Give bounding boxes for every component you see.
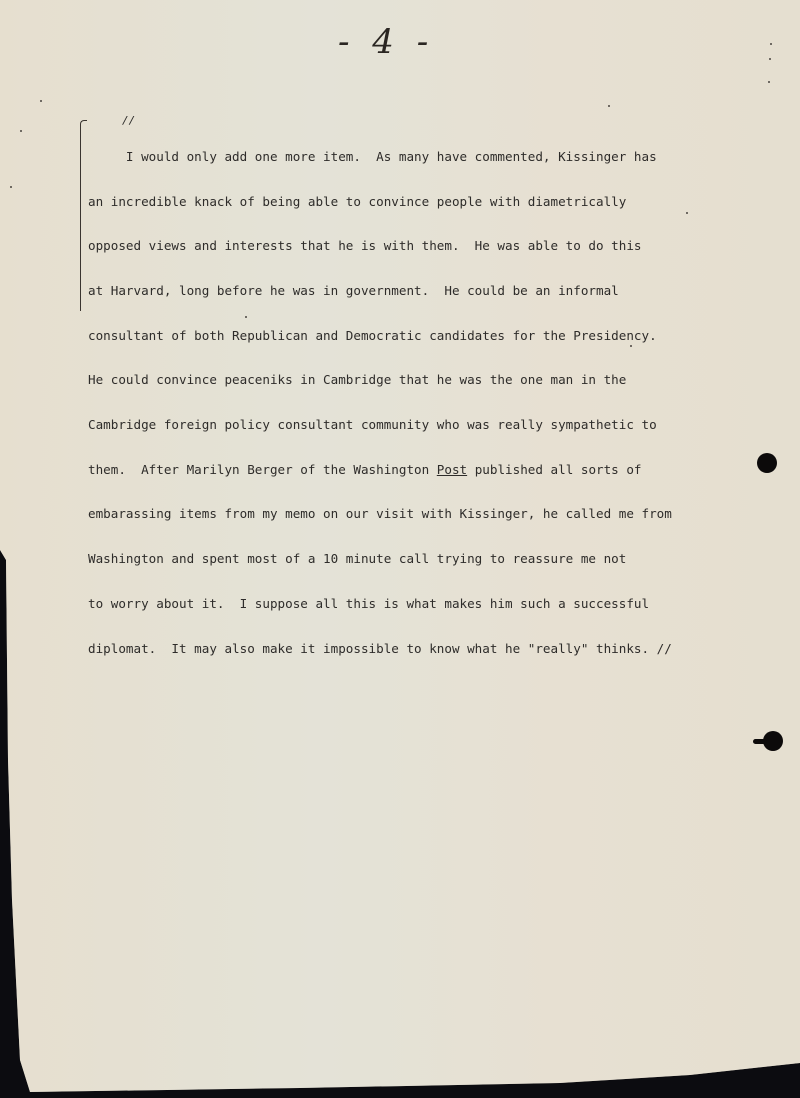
text-line: consultant of both Republican and Democr… <box>88 329 708 344</box>
document-page: - 4 - // I would only add one more item.… <box>0 0 800 1098</box>
text-line-with-underline: them. After Marilyn Berger of the Washin… <box>88 463 708 478</box>
page-number: - 4 - <box>338 22 434 62</box>
speck-mark <box>630 345 632 347</box>
text-line: to worry about it. I suppose all this is… <box>88 597 708 612</box>
text-line: an incredible knack of being able to con… <box>88 195 708 210</box>
memo-paragraph: I would only add one more item. As many … <box>88 114 708 686</box>
margin-bracket <box>80 120 87 311</box>
text-line: at Harvard, long before he was in govern… <box>88 284 708 299</box>
speck-mark <box>245 316 247 318</box>
underlined-publication-name: Post <box>437 462 467 477</box>
text-line: Cambridge foreign policy consultant comm… <box>88 418 708 433</box>
text-line: He could convince peaceniks in Cambridge… <box>88 373 708 388</box>
text-line: I would only add one more item. As many … <box>88 144 708 165</box>
speck-mark <box>608 105 610 107</box>
speck-mark <box>40 100 42 102</box>
text-line: opposed views and interests that he is w… <box>88 239 708 254</box>
text-fragment: them. After Marilyn Berger of the Washin… <box>88 462 437 477</box>
speck-mark <box>10 186 12 188</box>
speck-mark <box>686 212 688 214</box>
text-fragment: published all sorts of <box>467 462 641 477</box>
punch-hole-icon <box>757 453 777 473</box>
speck-mark <box>770 43 772 45</box>
speck-mark <box>769 58 771 60</box>
text-line: diplomat. It may also make it impossible… <box>88 642 708 657</box>
speck-mark <box>20 130 22 132</box>
text-line: Washington and spent most of a 10 minute… <box>88 552 708 567</box>
speck-mark <box>768 81 770 83</box>
text-line: embarassing items from my memo on our vi… <box>88 507 708 522</box>
punch-hole-icon <box>763 731 783 751</box>
